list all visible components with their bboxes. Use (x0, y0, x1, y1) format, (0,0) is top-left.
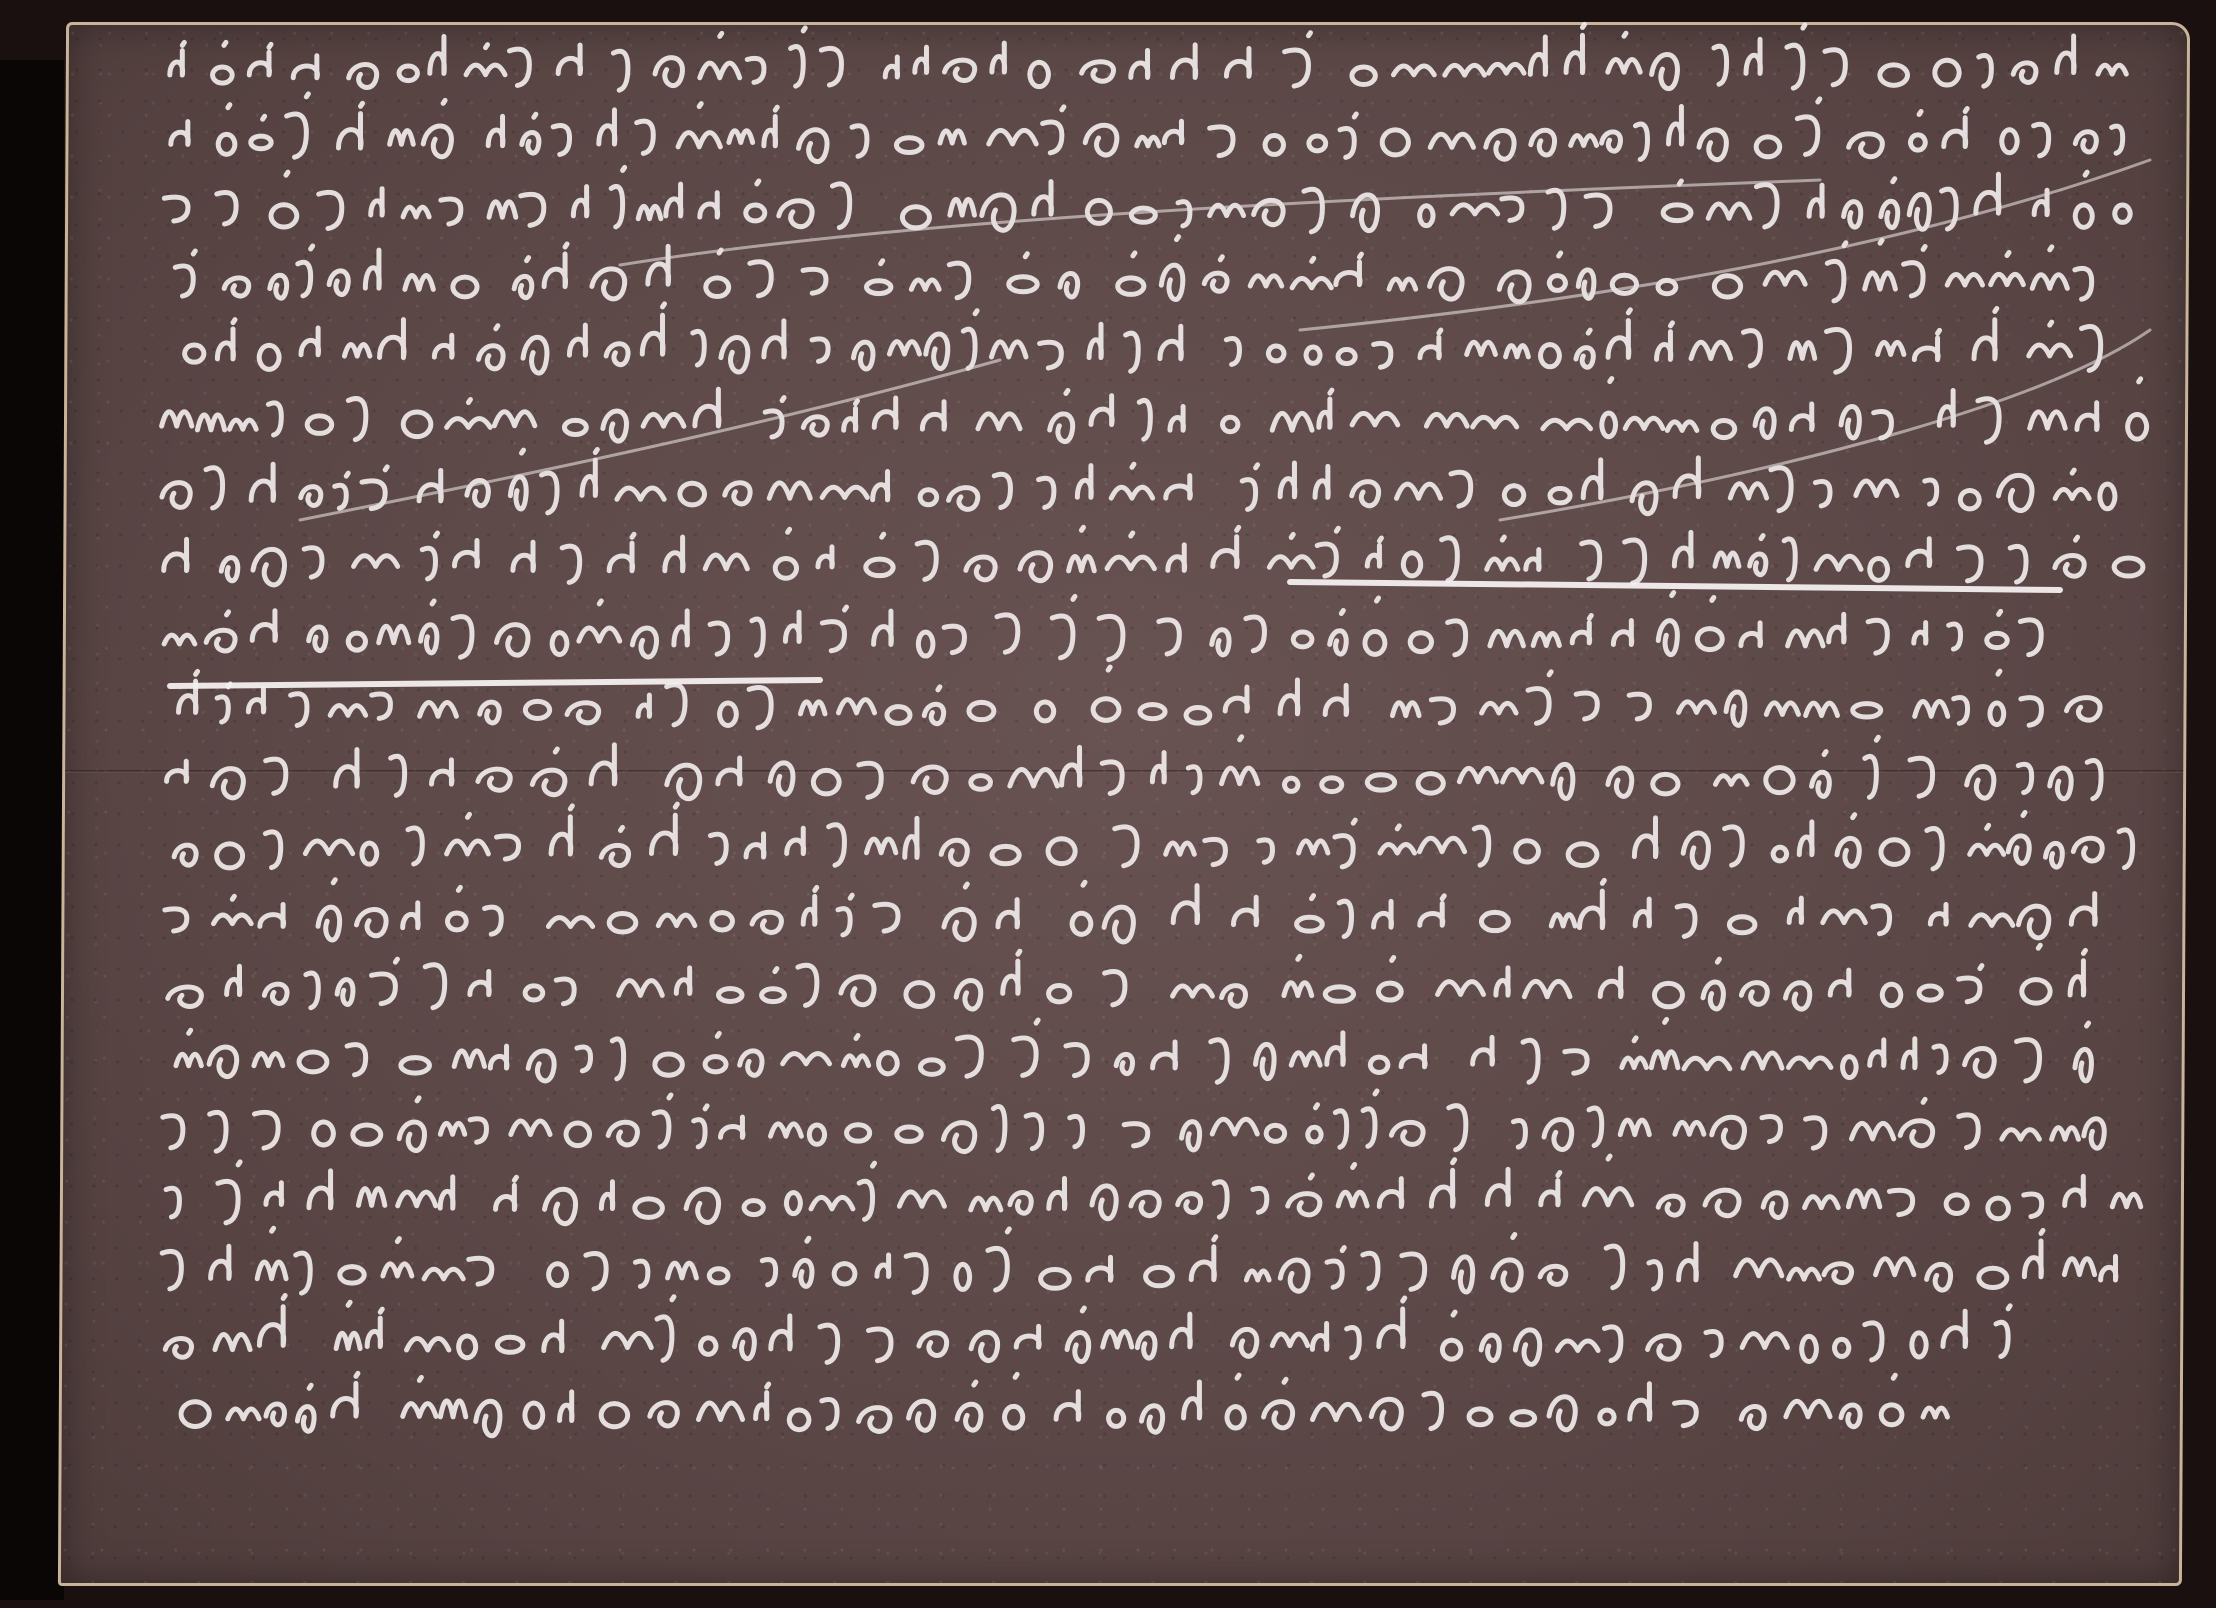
script-line (167, 737, 2102, 799)
strikethrough-line (170, 680, 820, 686)
script-line (179, 667, 2101, 728)
flourish-stroke (620, 180, 1820, 265)
script-line (163, 1091, 2104, 1152)
script-line (162, 1228, 2116, 1293)
handwritten-script (0, 0, 2216, 1608)
flourish-stroke (300, 360, 1000, 520)
script-line (164, 527, 2143, 585)
script-line (165, 880, 2095, 942)
flourish-stroke (1500, 330, 2150, 520)
script-line (174, 804, 2132, 869)
script-line (164, 593, 2041, 660)
flourish-stroke (1300, 160, 2150, 330)
script-line (162, 449, 2115, 513)
script-line (185, 304, 2101, 373)
script-line (170, 24, 2126, 90)
script-line (171, 94, 2123, 162)
script-line (166, 1156, 2141, 1224)
script-line (165, 1295, 2010, 1364)
script-line (176, 1019, 2091, 1082)
script-line (181, 1373, 1947, 1435)
strikethrough-line (1290, 582, 2060, 590)
script-line (175, 237, 2091, 302)
script-line (168, 945, 2086, 1009)
script-line (162, 379, 2147, 443)
script-line (164, 167, 2130, 231)
